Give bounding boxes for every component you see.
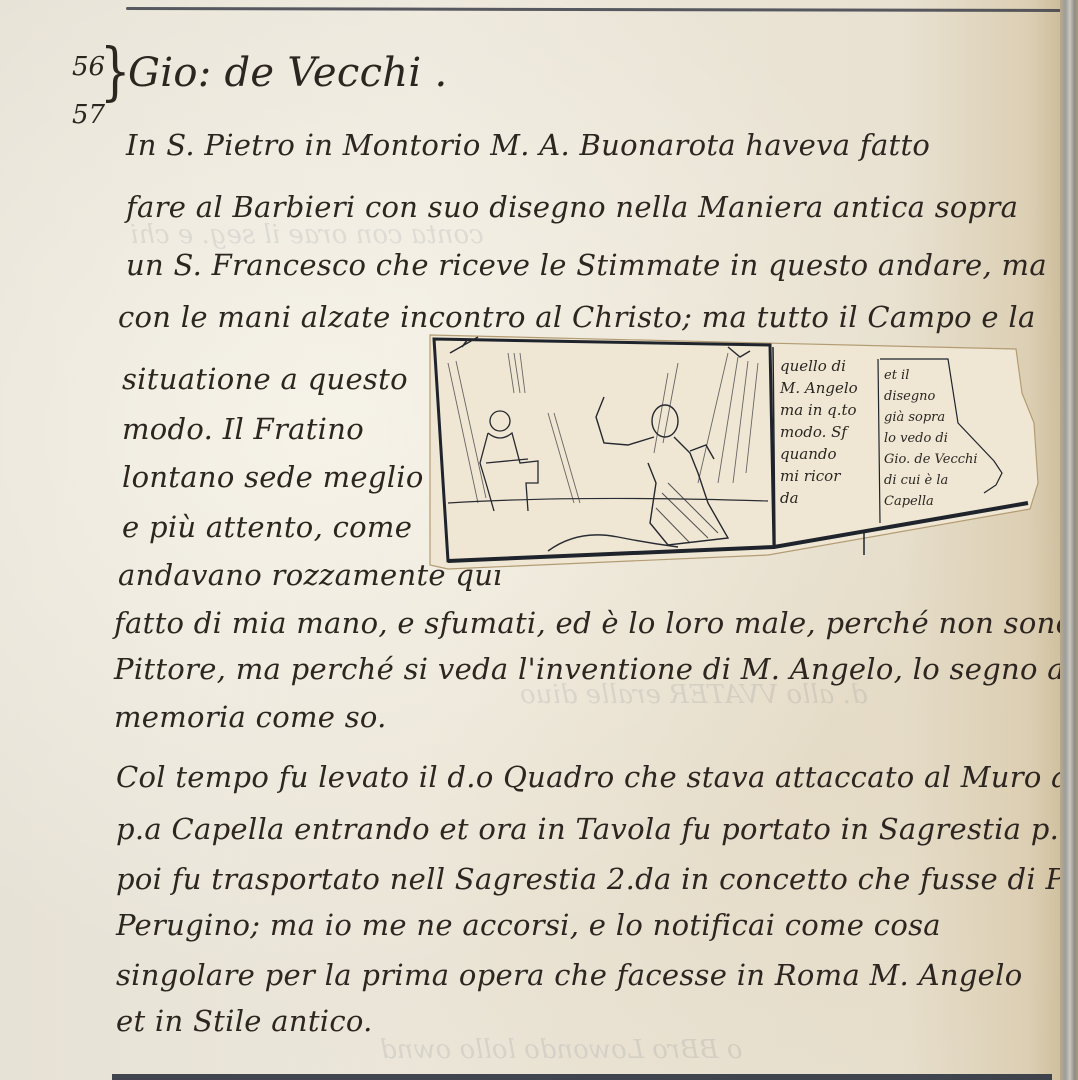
caption-line: già sopra (884, 407, 978, 428)
text-line: fare al Barbieri con suo disegno nella M… (126, 190, 1018, 224)
text-line: poi fu trasportato nell Sagrestia 2.da i… (116, 862, 1078, 896)
text-line: un S. Francesco che riceve le Stimmate i… (126, 248, 1047, 282)
text-line: et in Stile antico. (116, 1004, 373, 1038)
manuscript-page: conta con orae il seg. e chi d. allo VVA… (0, 0, 1060, 1080)
text-line: In S. Pietro in Montorio M. A. Buonarota… (126, 128, 930, 162)
text-line: con le mani alzate incontro al Christo; … (118, 300, 1036, 334)
pasted-drawing-slip: quello di M. Angelo ma in q.to modo. Sf … (428, 333, 1040, 573)
caption-line: et il (884, 365, 978, 386)
caption-line: modo. Sf (780, 421, 858, 443)
drawing-caption-column-1: quello di M. Angelo ma in q.to modo. Sf … (780, 355, 858, 509)
bleed-through-text: o BBro Lowondo lollo ownd (380, 1035, 742, 1065)
brace-mark: } (100, 36, 131, 109)
top-rule-line (126, 7, 1066, 12)
book-gutter-edge (1060, 0, 1078, 1080)
text-line: Perugino; ma io me ne accorsi, e lo noti… (116, 908, 941, 942)
caption-line: mi ricor (780, 465, 858, 487)
text-line: fatto di mia mano, e sfumati, ed è lo lo… (114, 606, 1073, 640)
entry-heading: Gio: de Vecchi . (128, 50, 448, 96)
text-line: Pittore, ma perché si veda l'inventione … (114, 652, 1065, 686)
caption-line: di cui è la (884, 470, 978, 491)
text-line: singolare per la prima opera che facesse… (116, 958, 1022, 992)
caption-line: Capella (884, 491, 978, 512)
text-line: situatione a questo (122, 362, 408, 396)
margin-number: 57 (72, 100, 105, 130)
text-line: e più attento, come (122, 510, 412, 544)
caption-line: da (780, 487, 858, 509)
caption-line: disegno (884, 386, 978, 407)
bottom-rule-line (112, 1074, 1052, 1080)
text-line: p.a Capella entrando et ora in Tavola fu… (116, 812, 1078, 846)
caption-line: Gio. de Vecchi (884, 449, 978, 470)
caption-line: ma in q.to (780, 399, 858, 421)
text-line: Col tempo fu levato il d.o Quadro che st… (116, 760, 1078, 794)
drawing-caption-column-2: et il disegno già sopra lo vedo di Gio. … (884, 365, 978, 512)
caption-line: M. Angelo (780, 377, 858, 399)
text-line: memoria come so. (114, 700, 387, 734)
bleed-through-text: conta con orae il seg. e chi (130, 220, 484, 250)
caption-line: quello di (780, 355, 858, 377)
text-line: modo. Il Fratino (122, 412, 364, 446)
text-line: lontano sede meglio (122, 460, 424, 494)
caption-line: quando (780, 443, 858, 465)
caption-line: lo vedo di (884, 428, 978, 449)
